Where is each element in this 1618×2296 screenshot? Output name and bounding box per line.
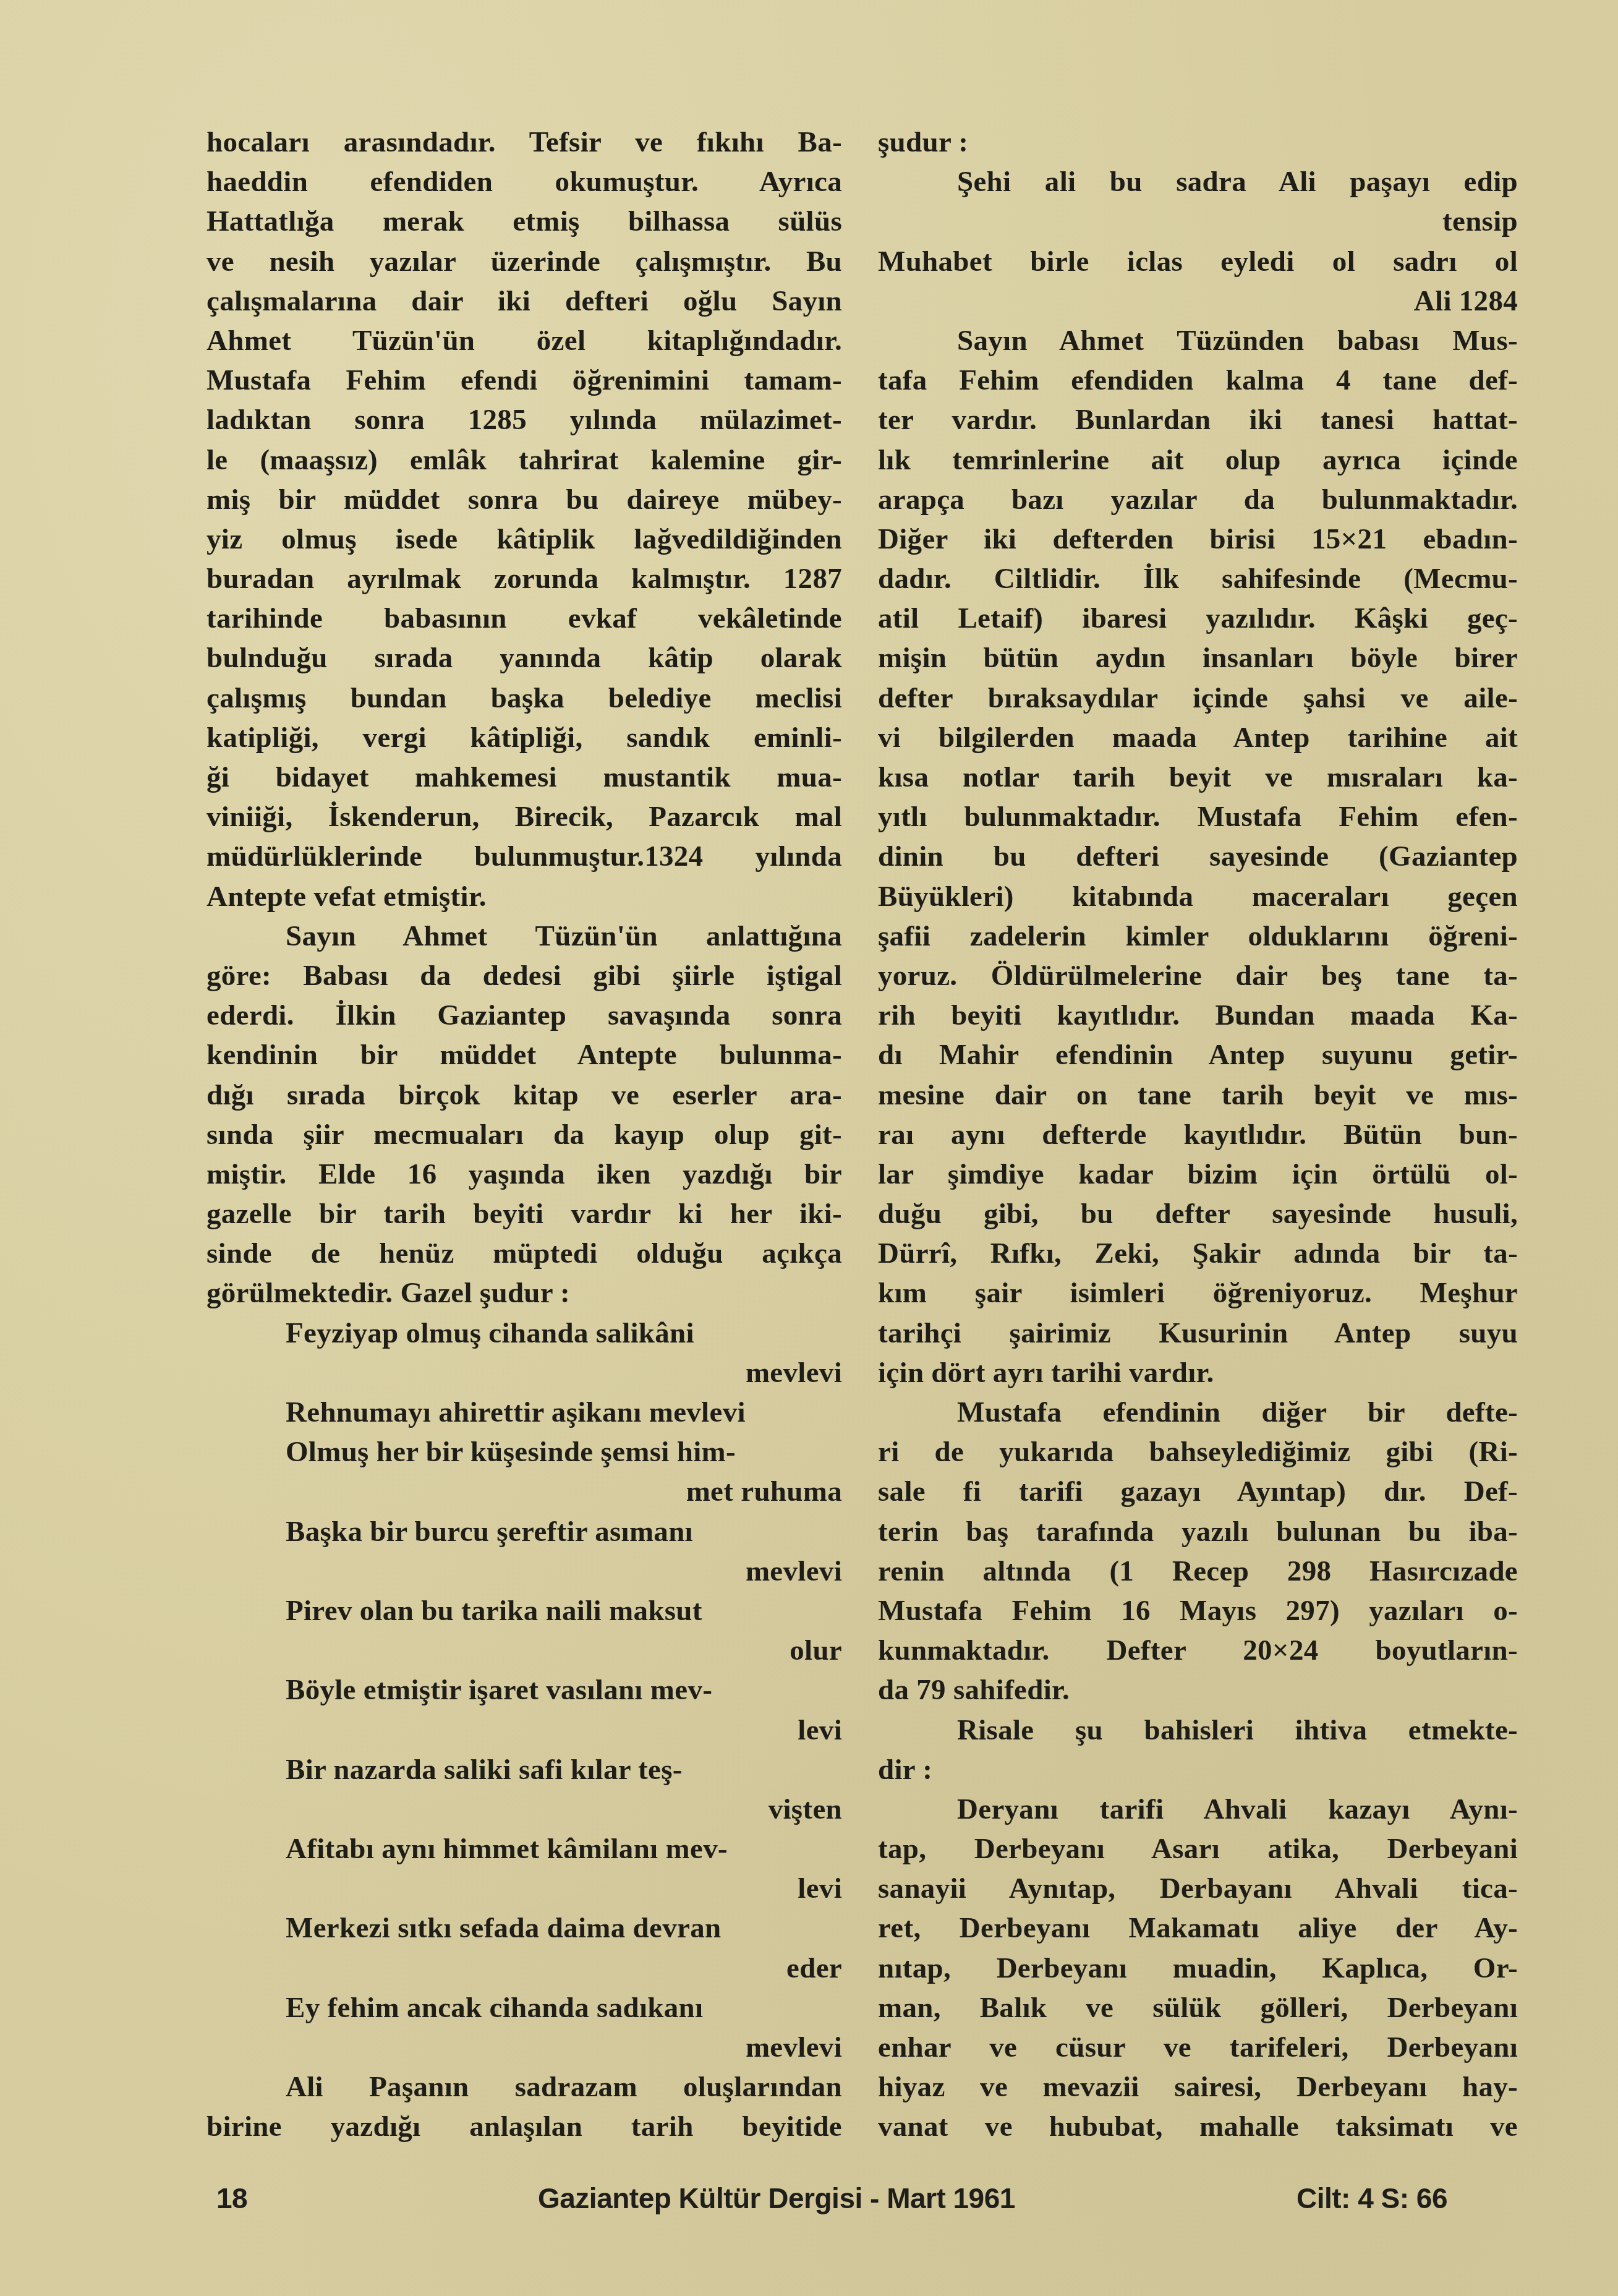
text-line: katipliği, vergi kâtipliği, sandık eminl… [207,718,842,758]
text-line: kendinin bir müddet Antepte bulunma- [207,1035,842,1075]
text-line: birine yazdığı anlaşılan tarih beyitide [207,2107,842,2146]
text-line: ri de yukarıda bahseylediğimiz gibi (Ri- [878,1432,1518,1472]
text-line: ederdi. İlkin Gaziantep savaşında sonra [207,996,842,1035]
text-line: rih beyiti kayıtlıdır. Bundan maada Ka- [878,996,1518,1035]
verse-line: mevlevi [207,1353,842,1393]
text-line: atil Letaif) ibaresi yazılıdır. Kâşki ge… [878,599,1518,638]
text-line: viniiği, İskenderun, Birecik, Pazarcık m… [207,797,842,837]
text-line: da 79 sahifedir. [878,1670,1518,1710]
text-line: renin altında (1 Recep 298 Hasırcızade [878,1551,1518,1591]
text-line: dinin bu defteri sayesinde (Gaziantep [878,837,1518,876]
left-column: hocaları arasındadır. Tefsir ve fıkıhı B… [207,122,842,2147]
text-line: miş bir müddet sonra bu daireye mübey- [207,480,842,519]
verse-line: Feyziyap olmuş cihanda salikâni [207,1313,842,1353]
text-line: hiyaz ve mevazii sairesi, Derbeyanı hay- [878,2067,1518,2107]
text-line: vi bilgilerden maada Antep tarihine ait [878,718,1518,758]
text-line: mesine dair on tane tarih beyit ve mıs- [878,1075,1518,1115]
text-line: tafa Fehim efendiden kalma 4 tane def- [878,361,1518,400]
text-line: göre: Babası da dedesi gibi şiirle iştig… [207,956,842,996]
text-line: çalışmış bundan başka belediye meclisi [207,678,842,718]
verse-line: Afitabı aynı himmet kâmilanı mev- [207,1829,842,1869]
verse-line: Ali 1284 [878,281,1518,321]
text-line: dadır. Ciltlidir. İlk sahifesinde (Mecmu… [878,559,1518,599]
text-line: Diğer iki defterden birisi 15×21 ebadın- [878,519,1518,559]
text-line: Şehi ali bu sadra Ali paşayı edip [878,162,1518,202]
verse-line: mevlevi [207,1551,842,1591]
text-line: terin baş tarafında yazılı bulunan bu ib… [878,1512,1518,1551]
text-line: Büyükleri) kitabında maceraları geçen [878,877,1518,916]
text-line: hocaları arasındadır. Tefsir ve fıkıhı B… [207,122,842,162]
page-footer: 18 Gaziantep Kültür Dergisi - Mart 1961 … [0,2182,1618,2219]
verse-line: levi [207,1869,842,1908]
text-line: defter bıraksaydılar içinde şahsi ve ail… [878,678,1518,718]
text-line: Dürrî, Rıfkı, Zeki, Şakir adında bir ta- [878,1234,1518,1273]
magazine-title: Gaziantep Kültür Dergisi - Mart 1961 [538,2182,1015,2215]
text-line: Ahmet Tüzün'ün özel kitaplığındadır. [207,321,842,361]
text-line: Hattatlığa merak etmiş bilhassa sülüs [207,202,842,241]
text-line: dığı sırada birçok kitap ve eserler ara- [207,1075,842,1115]
text-line: tarihinde babasının evkaf vekâletinde [207,599,842,638]
text-line: lar şimdiye kadar bizim için örtülü ol- [878,1154,1518,1194]
verse-line: Merkezi sıtkı sefada daima devran [207,1908,842,1948]
verse-line: eder [207,1948,842,1988]
text-line: enhar ve cüsur ve tarifeleri, Derbeyanı [878,2028,1518,2067]
text-line: şafii zadelerin kimler olduklarını öğren… [878,916,1518,956]
text-line: ği bidayet mahkemesi mustantik mua- [207,758,842,797]
text-line: vanat ve hububat, mahalle taksimatı ve [878,2107,1518,2146]
text-line: ter vardır. Bunlardan iki tanesi hattat- [878,400,1518,440]
text-line: dir : [878,1750,1518,1790]
text-line: man, Balık ve sülük gölleri, Derbeyanı [878,1988,1518,2028]
text-line: Risale şu bahisleri ihtiva etmekte- [878,1710,1518,1750]
text-line: raı aynı defterde kayıtlıdır. Bütün bun- [878,1115,1518,1154]
text-line: tarihçi şairimiz Kusurinin Antep suyu [878,1313,1518,1353]
text-line: nıtap, Derbeyanı muadin, Kaplıca, Or- [878,1948,1518,1988]
text-line: Muhabet birle iclas eyledi ol sadrı ol [878,242,1518,281]
text-line: kunmaktadır. Defter 20×24 boyutların- [878,1631,1518,1670]
text-line: dı Mahir efendinin Antep suyunu getir- [878,1035,1518,1075]
verse-line: met ruhuma [207,1472,842,1511]
text-line: görülmektedir. Gazel şudur : [207,1273,842,1313]
text-line: müdürlüklerinde bulunmuştur.1324 yılında [207,837,842,876]
text-line: lık temrinlerine ait olup ayrıca içinde [878,440,1518,480]
text-line: kım şair isimleri öğreniyoruz. Meşhur [878,1273,1518,1313]
text-line: şudur : [878,122,1518,162]
verse-line: Olmuş her bir küşesinde şemsi him- [207,1432,842,1472]
verse-line: Pirev olan bu tarika naili maksut [207,1591,842,1631]
verse-line: Ey fehim ancak cihanda sadıkanı [207,1988,842,2028]
text-line: arapça bazı yazılar da bulunmaktadır. [878,480,1518,519]
text-line: tap, Derbeyanı Asarı atika, Derbeyani [878,1829,1518,1869]
text-line: Mustafa Fehim efendi öğrenimini tamam- [207,361,842,400]
text-line: haeddin efendiden okumuştur. Ayrıca [207,162,842,202]
text-line: yoruz. Öldürülmelerine dair beş tane ta- [878,956,1518,996]
text-line: Sayın Ahmet Tüzünden babası Mus- [878,321,1518,361]
verse-line: vişten [207,1790,842,1829]
text-line: duğu gibi, bu defter sayesinde husuli, [878,1194,1518,1234]
text-line: ve nesih yazılar üzerinde çalışmıştır. B… [207,242,842,281]
text-line: bulnduğu sırada yanında kâtip olarak [207,638,842,678]
text-line: Mustafa efendinin diğer bir defte- [878,1393,1518,1432]
text-line: Sayın Ahmet Tüzün'ün anlattığına [207,916,842,956]
text-line: ret, Derbeyanı Makamatı aliye der Ay- [878,1908,1518,1948]
text-line: Antepte vefat etmiştir. [207,877,842,916]
text-line: çalışmalarına dair iki defteri oğlu Sayı… [207,281,842,321]
volume-issue: Cilt: 4 S: 66 [1297,2182,1447,2215]
text-line: miştir. Elde 16 yaşında iken yazdığı bir [207,1154,842,1194]
text-line: Deryanı tarifi Ahvali kazayı Aynı- [878,1790,1518,1829]
verse-line: mevlevi [207,2028,842,2067]
verse-line: Rehnumayı ahirettir aşikanı mevlevi [207,1393,842,1432]
text-line: Ali Paşanın sadrazam oluşlarından [207,2067,842,2107]
text-line: için dört ayrı tarihi vardır. [878,1353,1518,1393]
verse-line: levi [207,1710,842,1750]
text-line: gazelle bir tarih beyiti vardır ki her i… [207,1194,842,1234]
text-line: le (maaşsız) emlâk tahrirat kalemine gir… [207,440,842,480]
text-line: kısa notlar tarih beyit ve mısraları ka- [878,758,1518,797]
text-line: sında şiir mecmuaları da kayıp olup git- [207,1115,842,1154]
verse-line: tensip [878,202,1518,241]
right-column: şudur :Şehi ali bu sadra Ali paşayı edip… [878,122,1518,2147]
verse-line: olur [207,1631,842,1670]
text-line: buradan ayrılmak zorunda kalmıştır. 1287 [207,559,842,599]
verse-line: Bir nazarda saliki safi kılar teş- [207,1750,842,1790]
text-line: sinde de henüz müptedi olduğu açıkça [207,1234,842,1273]
text-line: yiz olmuş isede kâtiplik lağvedildiğinde… [207,519,842,559]
text-line: Mustafa Fehim 16 Mayıs 297) yazıları o- [878,1591,1518,1631]
page-number: 18 [216,2182,247,2215]
text-line: sale fi tarifi gazayı Ayıntap) dır. Def- [878,1472,1518,1511]
verse-line: Başka bir burcu şereftir asımanı [207,1512,842,1551]
text-line: yıtlı bulunmaktadır. Mustafa Fehim efen- [878,797,1518,837]
text-line: ladıktan sonra 1285 yılında mülazimet- [207,400,842,440]
text-line: sanayii Aynıtap, Derbayanı Ahvali tica- [878,1869,1518,1908]
text-line: mişin bütün aydın insanları böyle birer [878,638,1518,678]
verse-line: Böyle etmiştir işaret vasılanı mev- [207,1670,842,1710]
